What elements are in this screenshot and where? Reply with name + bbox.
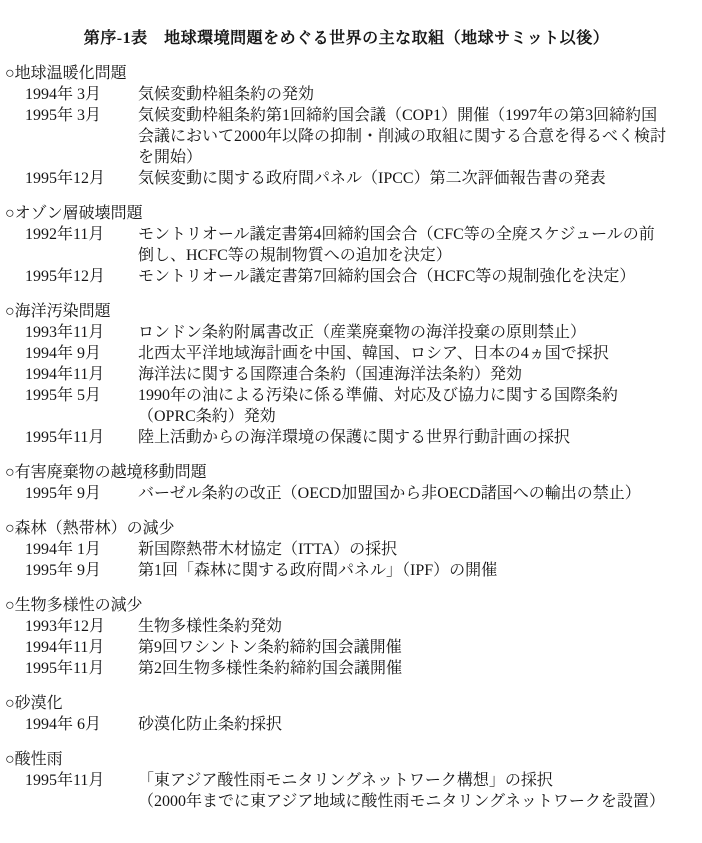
- entry-description-line: 1990年の油による汚染に係る準備、対応及び協力に関する国際条約: [138, 385, 688, 406]
- entry-date: 1994年 3月: [25, 84, 130, 105]
- entry-description-line: 新国際熱帯木材協定（ITTA）の採択: [138, 539, 688, 560]
- entry-date: 1995年11月: [25, 658, 130, 679]
- entry-description-line: 海洋法に関する国際連合条約（国連海洋法条約）発効: [138, 364, 688, 385]
- topic-heading-text: 海洋汚染問題: [15, 303, 111, 320]
- entry-description-line: 生物多様性条約発効: [138, 616, 688, 637]
- entry-description: 気候変動枠組条約の発効: [130, 84, 688, 105]
- entry-description: 生物多様性条約発効: [130, 616, 688, 637]
- entry-description-line: （2000年までに東アジア地域に酸性雨モニタリングネットワークを設置）: [138, 791, 688, 812]
- entry-date: 1992年11月: [25, 224, 130, 245]
- topic-heading-text: オゾン層破壊問題: [15, 205, 143, 222]
- timeline-entry: 1993年11月ロンドン条約附属書改正（産業廃棄物の海洋投棄の原則禁止）: [5, 322, 688, 343]
- timeline-entry: 1995年12月気候変動に関する政府間パネル（IPCC）第二次評価報告書の発表: [5, 168, 688, 189]
- topic-section: ○生物多様性の減少1993年12月生物多様性条約発効1994年11月第9回ワシン…: [5, 595, 688, 679]
- entry-date: 1995年12月: [25, 168, 130, 189]
- entry-description: 第1回「森林に関する政府間パネル」（IPF）の開催: [130, 560, 688, 581]
- entry-description-line: 気候変動枠組条約第1回締約国会議（COP1）開催（1997年の第3回締約国: [138, 105, 688, 126]
- entry-description: 気候変動枠組条約第1回締約国会議（COP1）開催（1997年の第3回締約国会議に…: [130, 105, 688, 168]
- entry-description-line: 第2回生物多様性条約締約国会議開催: [138, 658, 688, 679]
- entry-description-line: ロンドン条約附属書改正（産業廃棄物の海洋投棄の原則禁止）: [138, 322, 688, 343]
- entry-description: 第9回ワシントン条約締約国会議開催: [130, 637, 688, 658]
- topic-heading: ○砂漠化: [5, 693, 688, 714]
- entry-description: ロンドン条約附属書改正（産業廃棄物の海洋投棄の原則禁止）: [130, 322, 688, 343]
- topic-section: ○森林（熱帯林）の減少1994年 1月新国際熱帯木材協定（ITTA）の採択199…: [5, 518, 688, 581]
- timeline-entry: 1995年 3月気候変動枠組条約第1回締約国会議（COP1）開催（1997年の第…: [5, 105, 688, 168]
- entry-description: 北西太平洋地域海計画を中国、韓国、ロシア、日本の4ヵ国で採択: [130, 343, 688, 364]
- topic-heading-text: 酸性雨: [15, 751, 63, 768]
- topic-heading-text: 地球温暖化問題: [15, 65, 127, 82]
- topic-section: ○海洋汚染問題1993年11月ロンドン条約附属書改正（産業廃棄物の海洋投棄の原則…: [5, 301, 688, 448]
- circle-bullet-icon: ○: [5, 518, 15, 539]
- entry-description-line: 砂漠化防止条約採択: [138, 714, 688, 735]
- entry-description: モントリオール議定書第4回締約国会合（CFC等の全廃スケジュールの前倒し、HCF…: [130, 224, 688, 266]
- entry-description-line: を開始）: [138, 147, 688, 168]
- entry-description: 砂漠化防止条約採択: [130, 714, 688, 735]
- entry-description-line: 気候変動に関する政府間パネル（IPCC）第二次評価報告書の発表: [138, 168, 688, 189]
- entry-description-line: モントリオール議定書第7回締約国会合（HCFC等の規制強化を決定）: [138, 266, 688, 287]
- entry-date: 1995年12月: [25, 266, 130, 287]
- entry-description-line: 倒し、HCFC等の規制物質への追加を決定）: [138, 245, 688, 266]
- entry-date: 1994年 1月: [25, 539, 130, 560]
- topic-heading: ○地球温暖化問題: [5, 63, 688, 84]
- topic-heading: ○有害廃棄物の越境移動問題: [5, 462, 688, 483]
- topic-heading: ○生物多様性の減少: [5, 595, 688, 616]
- entry-description: モントリオール議定書第7回締約国会合（HCFC等の規制強化を決定）: [130, 266, 688, 287]
- entry-description: 新国際熱帯木材協定（ITTA）の採択: [130, 539, 688, 560]
- topic-section: ○砂漠化1994年 6月砂漠化防止条約採択: [5, 693, 688, 735]
- topic-heading: ○酸性雨: [5, 749, 688, 770]
- entry-date: 1995年 3月: [25, 105, 130, 126]
- entry-description: 第2回生物多様性条約締約国会議開催: [130, 658, 688, 679]
- timeline-entry: 1995年 9月第1回「森林に関する政府間パネル」（IPF）の開催: [5, 560, 688, 581]
- topic-heading: ○森林（熱帯林）の減少: [5, 518, 688, 539]
- entry-date: 1995年11月: [25, 770, 130, 791]
- entry-date: 1995年 5月: [25, 385, 130, 406]
- topic-heading-text: 砂漠化: [15, 695, 63, 712]
- circle-bullet-icon: ○: [5, 693, 15, 714]
- entry-description: 海洋法に関する国際連合条約（国連海洋法条約）発効: [130, 364, 688, 385]
- circle-bullet-icon: ○: [5, 63, 15, 84]
- entry-description-line: 北西太平洋地域海計画を中国、韓国、ロシア、日本の4ヵ国で採択: [138, 343, 688, 364]
- entry-description: バーゼル条約の改正（OECD加盟国から非OECD諸国への輸出の禁止）: [130, 483, 688, 504]
- topic-heading-text: 森林（熱帯林）の減少: [15, 520, 175, 537]
- topic-section: ○オゾン層破壊問題1992年11月モントリオール議定書第4回締約国会合（CFC等…: [5, 203, 688, 287]
- entry-description: 気候変動に関する政府間パネル（IPCC）第二次評価報告書の発表: [130, 168, 688, 189]
- entry-description: 1990年の油による汚染に係る準備、対応及び協力に関する国際条約（OPRC条約）…: [130, 385, 688, 427]
- entry-description-line: 気候変動枠組条約の発効: [138, 84, 688, 105]
- entry-description-line: 陸上活動からの海洋環境の保護に関する世界行動計画の採択: [138, 427, 688, 448]
- entry-description-line: バーゼル条約の改正（OECD加盟国から非OECD諸国への輸出の禁止）: [138, 483, 688, 504]
- timeline-entry: 1995年12月モントリオール議定書第7回締約国会合（HCFC等の規制強化を決定…: [5, 266, 688, 287]
- timeline-entry: 1994年 9月北西太平洋地域海計画を中国、韓国、ロシア、日本の4ヵ国で採択: [5, 343, 688, 364]
- entry-description-line: 「東アジア酸性雨モニタリングネットワーク構想」の採択: [138, 770, 688, 791]
- entry-date: 1995年 9月: [25, 560, 130, 581]
- circle-bullet-icon: ○: [5, 203, 15, 224]
- timeline-entry: 1994年 6月砂漠化防止条約採択: [5, 714, 688, 735]
- entry-description-line: 会議において2000年以降の抑制・削減の取組に関する合意を得るべく検討: [138, 126, 688, 147]
- entry-date: 1994年11月: [25, 364, 130, 385]
- timeline-entry: 1995年 9月バーゼル条約の改正（OECD加盟国から非OECD諸国への輸出の禁…: [5, 483, 688, 504]
- topic-heading: ○海洋汚染問題: [5, 301, 688, 322]
- entry-date: 1994年11月: [25, 637, 130, 658]
- timeline-entry: 1994年 3月気候変動枠組条約の発効: [5, 84, 688, 105]
- entry-date: 1994年 9月: [25, 343, 130, 364]
- topic-heading: ○オゾン層破壊問題: [5, 203, 688, 224]
- table-title: 第序-1表 地球環境問題をめぐる世界の主な取組（地球サミット以後）: [5, 28, 688, 49]
- circle-bullet-icon: ○: [5, 595, 15, 616]
- entry-description-line: （OPRC条約）発効: [138, 406, 688, 427]
- circle-bullet-icon: ○: [5, 301, 15, 322]
- timeline-entry: 1995年11月第2回生物多様性条約締約国会議開催: [5, 658, 688, 679]
- timeline-entry: 1994年11月第9回ワシントン条約締約国会議開催: [5, 637, 688, 658]
- timeline-entry: 1994年11月海洋法に関する国際連合条約（国連海洋法条約）発効: [5, 364, 688, 385]
- timeline-entry: 1995年 5月1990年の油による汚染に係る準備、対応及び協力に関する国際条約…: [5, 385, 688, 427]
- topic-section: ○酸性雨1995年11月「東アジア酸性雨モニタリングネットワーク構想」の採択（2…: [5, 749, 688, 812]
- circle-bullet-icon: ○: [5, 749, 15, 770]
- entry-date: 1993年12月: [25, 616, 130, 637]
- topic-section: ○地球温暖化問題1994年 3月気候変動枠組条約の発効1995年 3月気候変動枠…: [5, 63, 688, 189]
- topic-heading-text: 有害廃棄物の越境移動問題: [15, 464, 207, 481]
- topic-heading-text: 生物多様性の減少: [15, 597, 143, 614]
- entry-date: 1994年 6月: [25, 714, 130, 735]
- entry-date: 1993年11月: [25, 322, 130, 343]
- entry-date: 1995年 9月: [25, 483, 130, 504]
- timeline-entry: 1992年11月モントリオール議定書第4回締約国会合（CFC等の全廃スケジュール…: [5, 224, 688, 266]
- entry-description: 「東アジア酸性雨モニタリングネットワーク構想」の採択（2000年までに東アジア地…: [130, 770, 688, 812]
- sections-list: ○地球温暖化問題1994年 3月気候変動枠組条約の発効1995年 3月気候変動枠…: [5, 63, 688, 812]
- entry-description-line: 第1回「森林に関する政府間パネル」（IPF）の開催: [138, 560, 688, 581]
- timeline-entry: 1993年12月生物多様性条約発効: [5, 616, 688, 637]
- timeline-entry: 1994年 1月新国際熱帯木材協定（ITTA）の採択: [5, 539, 688, 560]
- timeline-entry: 1995年11月「東アジア酸性雨モニタリングネットワーク構想」の採択（2000年…: [5, 770, 688, 812]
- entry-description-line: 第9回ワシントン条約締約国会議開催: [138, 637, 688, 658]
- document-page: 第序-1表 地球環境問題をめぐる世界の主な取組（地球サミット以後） ○地球温暖化…: [0, 0, 702, 843]
- entry-description-line: モントリオール議定書第4回締約国会合（CFC等の全廃スケジュールの前: [138, 224, 688, 245]
- timeline-entry: 1995年11月陸上活動からの海洋環境の保護に関する世界行動計画の採択: [5, 427, 688, 448]
- circle-bullet-icon: ○: [5, 462, 15, 483]
- topic-section: ○有害廃棄物の越境移動問題1995年 9月バーゼル条約の改正（OECD加盟国から…: [5, 462, 688, 504]
- entry-date: 1995年11月: [25, 427, 130, 448]
- entry-description: 陸上活動からの海洋環境の保護に関する世界行動計画の採択: [130, 427, 688, 448]
